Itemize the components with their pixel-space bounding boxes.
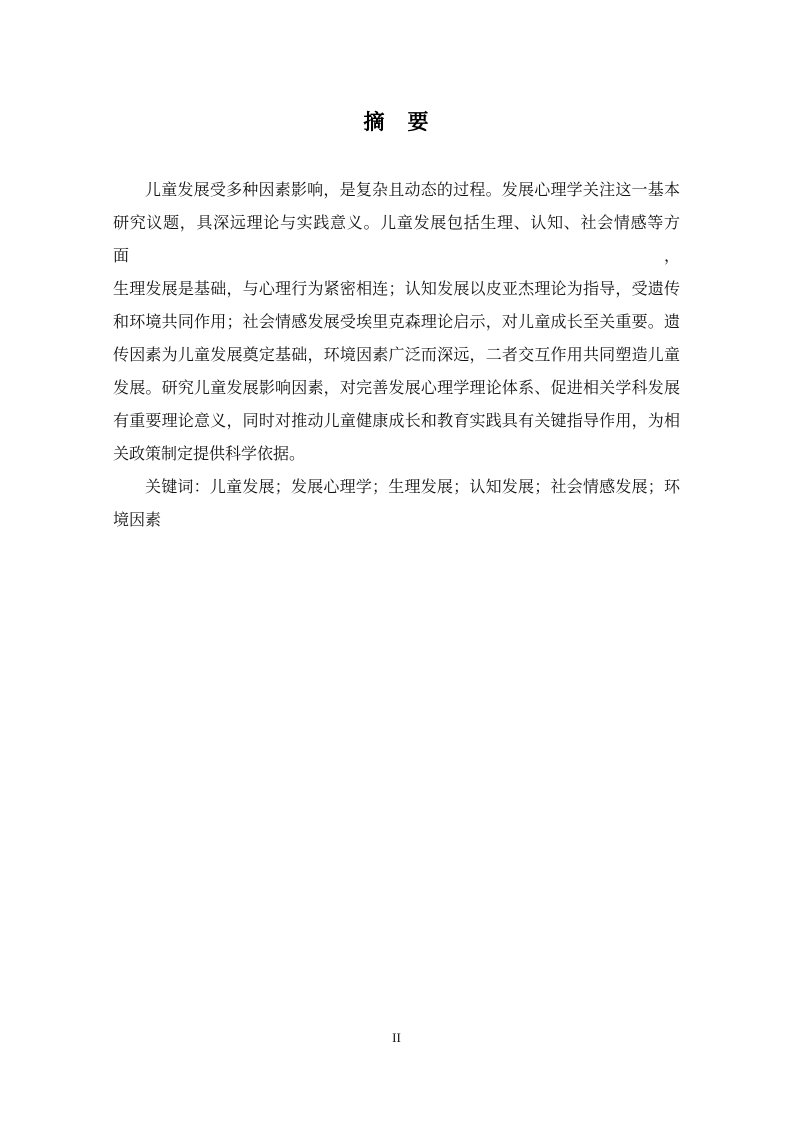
page-number: II (0, 1029, 793, 1047)
abstract-line: 发展。研究儿童发展影响因素，对完善发展心理学理论体系、促进相关学科发展 (113, 372, 680, 405)
page-content: 儿童发展受多种因素影响，是复杂且动态的过程。发展心理学关注这一基本 研究议题，具… (113, 174, 680, 537)
abstract-line: 儿童发展受多种因素影响，是复杂且动态的过程。发展心理学关注这一基本 (113, 174, 680, 207)
keywords-line: 境因素 (113, 504, 680, 537)
abstract-paragraph: 儿童发展受多种因素影响，是复杂且动态的过程。发展心理学关注这一基本 研究议题，具… (113, 174, 680, 471)
page-title: 摘 要 (0, 0, 793, 140)
abstract-line: 有重要理论意义，同时对推动儿童健康成长和教育实践具有关键指导作用，为相 (113, 405, 680, 438)
abstract-line: 和环境共同作用；社会情感发展受埃里克森理论启示，对儿童成长至关重要。遗 (113, 306, 680, 339)
abstract-line: 生理发展是基础，与心理行为紧密相连；认知发展以皮亚杰理论为指导，受遗传 (113, 273, 680, 306)
keywords-line: 关键词：儿童发展；发展心理学；生理发展；认知发展；社会情感发展；环 (113, 471, 680, 504)
keywords-paragraph: 关键词：儿童发展；发展心理学；生理发展；认知发展；社会情感发展；环 境因素 (113, 471, 680, 537)
abstract-line: 传因素为儿童发展奠定基础，环境因素广泛而深远，二者交互作用共同塑造儿童 (113, 339, 680, 372)
abstract-line: 研究议题，具深远理论与实践意义。儿童发展包括生理、认知、社会情感等方面， (113, 207, 680, 273)
abstract-line: 关政策制定提供科学依据。 (113, 438, 680, 471)
document-page: 摘 要 儿童发展受多种因素影响，是复杂且动态的过程。发展心理学关注这一基本 研究… (0, 0, 793, 1122)
